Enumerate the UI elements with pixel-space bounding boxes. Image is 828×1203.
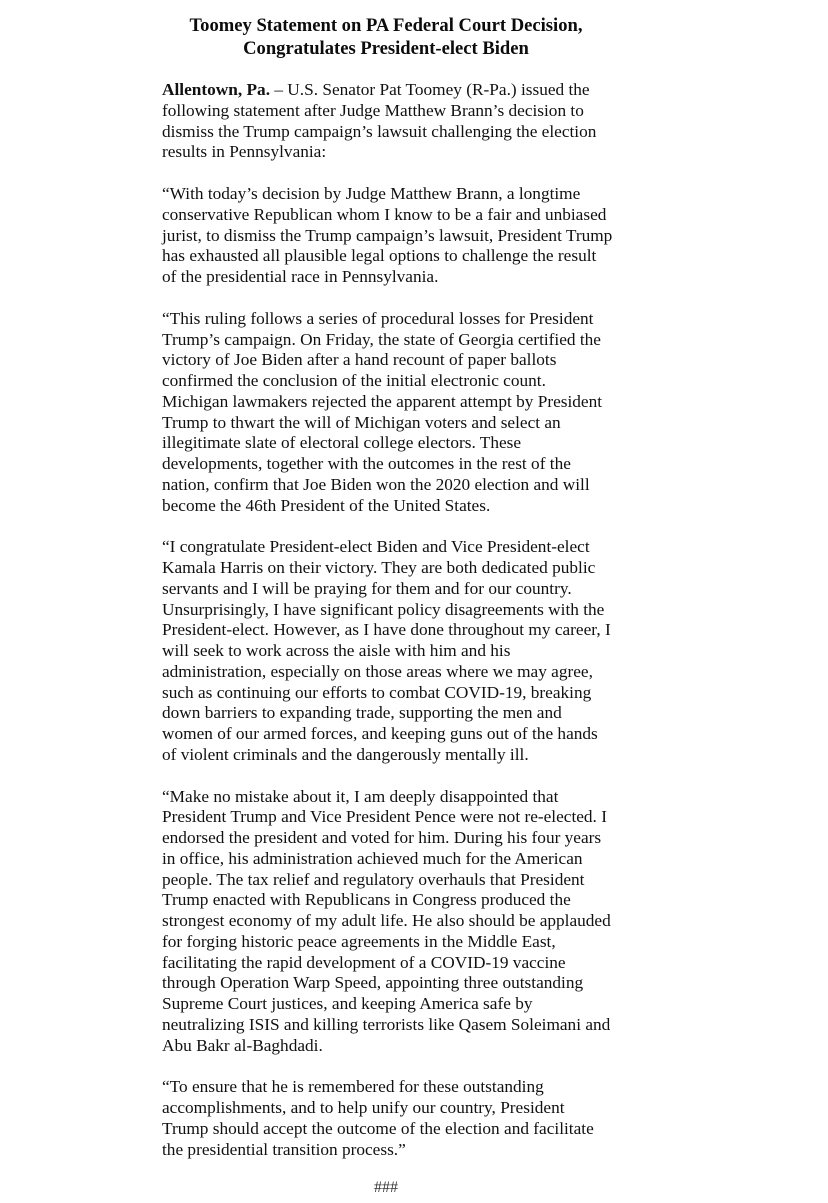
quote-paragraph-2: “This ruling follows a series of procedu…: [162, 309, 802, 517]
end-mark: ###: [0, 1178, 772, 1198]
statement-body: Allentown, Pa. – U.S. Senator Pat Toomey…: [162, 80, 802, 1181]
quote-paragraph-3: “I congratulate President-elect Biden an…: [162, 537, 802, 765]
page-title: Toomey Statement on PA Federal Court Dec…: [0, 14, 772, 60]
quote-paragraph-1: “With today’s decision by Judge Matthew …: [162, 184, 802, 288]
quote-paragraph-4: “Make no mistake about it, I am deeply d…: [162, 787, 802, 1057]
quote-paragraph-5: “To ensure that he is remembered for the…: [162, 1077, 802, 1160]
intro-paragraph: Allentown, Pa. – U.S. Senator Pat Toomey…: [162, 80, 802, 163]
title-line-2: Congratulates President-elect Biden: [0, 37, 772, 60]
dateline: Allentown, Pa.: [162, 80, 270, 99]
title-line-1: Toomey Statement on PA Federal Court Dec…: [0, 14, 772, 37]
